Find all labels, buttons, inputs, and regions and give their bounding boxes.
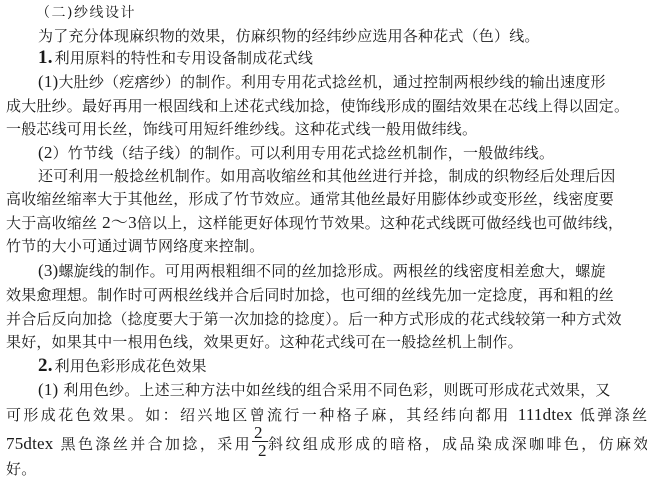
item-1-2-line-3: 高收缩丝缩率大于其他丝，形成了竹节效应。通常其他丝最好用膨体纱或变形丝，线密度要 <box>6 189 641 209</box>
text-segment: 大于高收缩丝 <box>6 214 102 232</box>
item-1-3-line-2: 效果愈理想。制作时可两根丝线并合后同时加捻，也可细的丝线先加一定捻度，再和粗的丝 <box>6 285 641 305</box>
text-segment: 倍以上，这样能更好体现竹节效果。这种花式线既可做经线也可做纬线， <box>137 214 623 232</box>
heading-2-text: 利用色彩形成花色效果 <box>55 357 207 375</box>
text-segment: 可形成花色效果。如：绍兴地区曾流行一种格子麻，其经纬向都用 <box>6 406 518 424</box>
fraction-denominator: 2 <box>258 441 267 461</box>
item-2-1-number: (1) <box>38 380 58 399</box>
item-1-3-number: (3) <box>38 261 58 280</box>
item-2-1-line-3: 75dtex 黑色涤丝并合加捻，采用22斜纹组成形成的暗格，成品染成深咖啡色，仿… <box>6 434 641 455</box>
item-1-2-line-4: 大于高收缩丝 2～3倍以上，这样能更好体现竹节效果。这种花式线既可做经线也可做纬… <box>6 213 641 233</box>
item-2-1-text: 利用色纱。上述三种方法中如丝线的组合采用不同色彩，则既可形成花式效果，又 <box>58 381 610 399</box>
item-1-1-line-3: 一般芯线可用长丝，饰线可用短纤维纱线。这种花式线一般用做纬线。 <box>6 119 641 139</box>
intro-paragraph: 为了充分体现麻织物的效果，仿麻织物的经纬纱应选用各种花式（色）线。 <box>38 26 641 46</box>
twill-fraction: 22 <box>252 435 268 455</box>
item-1-3-line-4: 果好，如果其中一根用色线，效果更好。这种花式线可在一般捻丝机上制作。 <box>6 332 641 352</box>
text-segment: 斜纹组成形成的暗格，成品染成深咖啡色，仿麻效果较 <box>268 435 647 453</box>
text-segment: 低弹涤丝和 <box>573 406 647 424</box>
item-1-2-text: ）竹节线（结子线）的制作。可以利用专用花式捻丝机制作，一般做纬线。 <box>53 144 555 162</box>
spec-75dtex: 75dtex <box>6 434 53 453</box>
item-1-2-line-1: (2）竹节线（结子线）的制作。可以利用专用花式捻丝机制作，一般做纬线。 <box>38 143 641 163</box>
item-1-1-text: 大肚纱（疙瘩纱）的制作。利用专用花式捻丝机，通过控制两根纱线的输出速度形 <box>58 73 605 91</box>
section-title: （二)纱线设计 <box>36 3 641 23</box>
item-1-3-line-3: 并合后反向加捻（捻度要大于第一次加捻的捻度）。后一种方式形成的花式线较第一种方式… <box>6 309 641 329</box>
item-1-3-text: 螺旋线的制作。可用两根粗细不同的丝加捻形成。两根丝的线密度相差愈大，螺旋 <box>58 262 605 280</box>
item-1-1-line-2: 成大肚纱。最好再用一根固线和上述花式线加捻，使饰线形成的圈结效果在芯线上得以固定… <box>6 96 641 116</box>
item-1-3-line-1: (3)螺旋线的制作。可用两根粗细不同的丝加捻形成。两根丝的线密度相差愈大，螺旋 <box>38 261 641 281</box>
item-1-2-line-2: 还可利用一般捻丝机制作。如用高收缩丝和其他丝进行并捻，制成的织物经后处理后因 <box>38 166 641 186</box>
fraction-numerator: 2 <box>254 423 263 443</box>
heading-1-text: 利用原料的特性和专用设备制成花式线 <box>55 49 313 67</box>
document-page: （二)纱线设计 为了充分体现麻织物的效果，仿麻织物的经纬纱应选用各种花式（色）线… <box>0 0 647 482</box>
item-1-2-number: (2 <box>38 143 53 162</box>
heading-2-number: 2. <box>38 355 53 376</box>
item-2-1-line-1: (1) 利用色纱。上述三种方法中如丝线的组合采用不同色彩，则既可形成花式效果，又 <box>38 380 641 400</box>
heading-1-number: 1. <box>38 47 53 68</box>
heading-2: 2.利用色彩形成花色效果 <box>38 356 641 376</box>
heading-1: 1.利用原料的特性和专用设备制成花式线 <box>38 48 641 68</box>
item-1-1-number: (1) <box>38 72 58 91</box>
item-1-1-line-1: (1)大肚纱（疙瘩纱）的制作。利用专用花式捻丝机，通过控制两根纱线的输出速度形 <box>38 72 641 92</box>
spec-111dtex: 111dtex <box>518 405 573 424</box>
item-1-2-line-5: 竹节的大小可通过调节网络度来控制。 <box>6 236 641 256</box>
text-segment: 黑色涤丝并合加捻，采用 <box>53 435 252 453</box>
item-2-1-line-2: 可形成花色效果。如：绍兴地区曾流行一种格子麻，其经纬向都用 111dtex 低弹… <box>6 405 641 425</box>
ratio-value: 2～3 <box>102 213 137 232</box>
item-2-1-line-4: 好。 <box>6 459 641 479</box>
